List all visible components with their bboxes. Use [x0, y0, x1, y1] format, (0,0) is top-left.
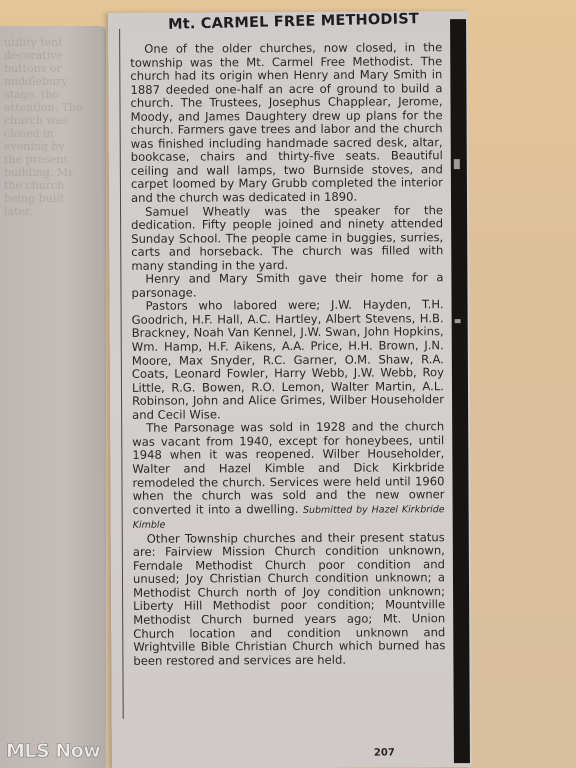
mls-now-watermark: MLS Now — [6, 740, 100, 762]
paragraph-later-history: The Parsonage was sold in 1928 and the c… — [132, 421, 445, 533]
black-border-bar — [450, 19, 470, 763]
paragraph-pastors: Pastors who labored were; J.W. Hayden, T… — [132, 299, 445, 423]
background-page-text: utility tent decorative buttons or middl… — [4, 36, 106, 218]
article-headline: Mt. CARMEL FREE METHODIST — [168, 11, 419, 33]
background-page: utility tent decorative buttons or middl… — [0, 26, 106, 768]
paragraph-other-churches: Other Township churches and their presen… — [133, 531, 446, 668]
page-number: 207 — [374, 747, 395, 758]
paragraph-parsonage: Henry and Mary Smith gave their home for… — [131, 271, 443, 300]
newspaper-clipping: Mt. CARMEL FREE METHODIST One of the old… — [108, 11, 472, 768]
paragraph-origin: One of the older churches, now closed, i… — [130, 41, 443, 205]
column-rule — [119, 29, 124, 719]
article-body: One of the older churches, now closed, i… — [130, 41, 445, 668]
later-history-text: The Parsonage was sold in 1928 and the c… — [132, 420, 444, 517]
paragraph-dedication: Samuel Wheatly was the speaker for the d… — [131, 204, 443, 273]
